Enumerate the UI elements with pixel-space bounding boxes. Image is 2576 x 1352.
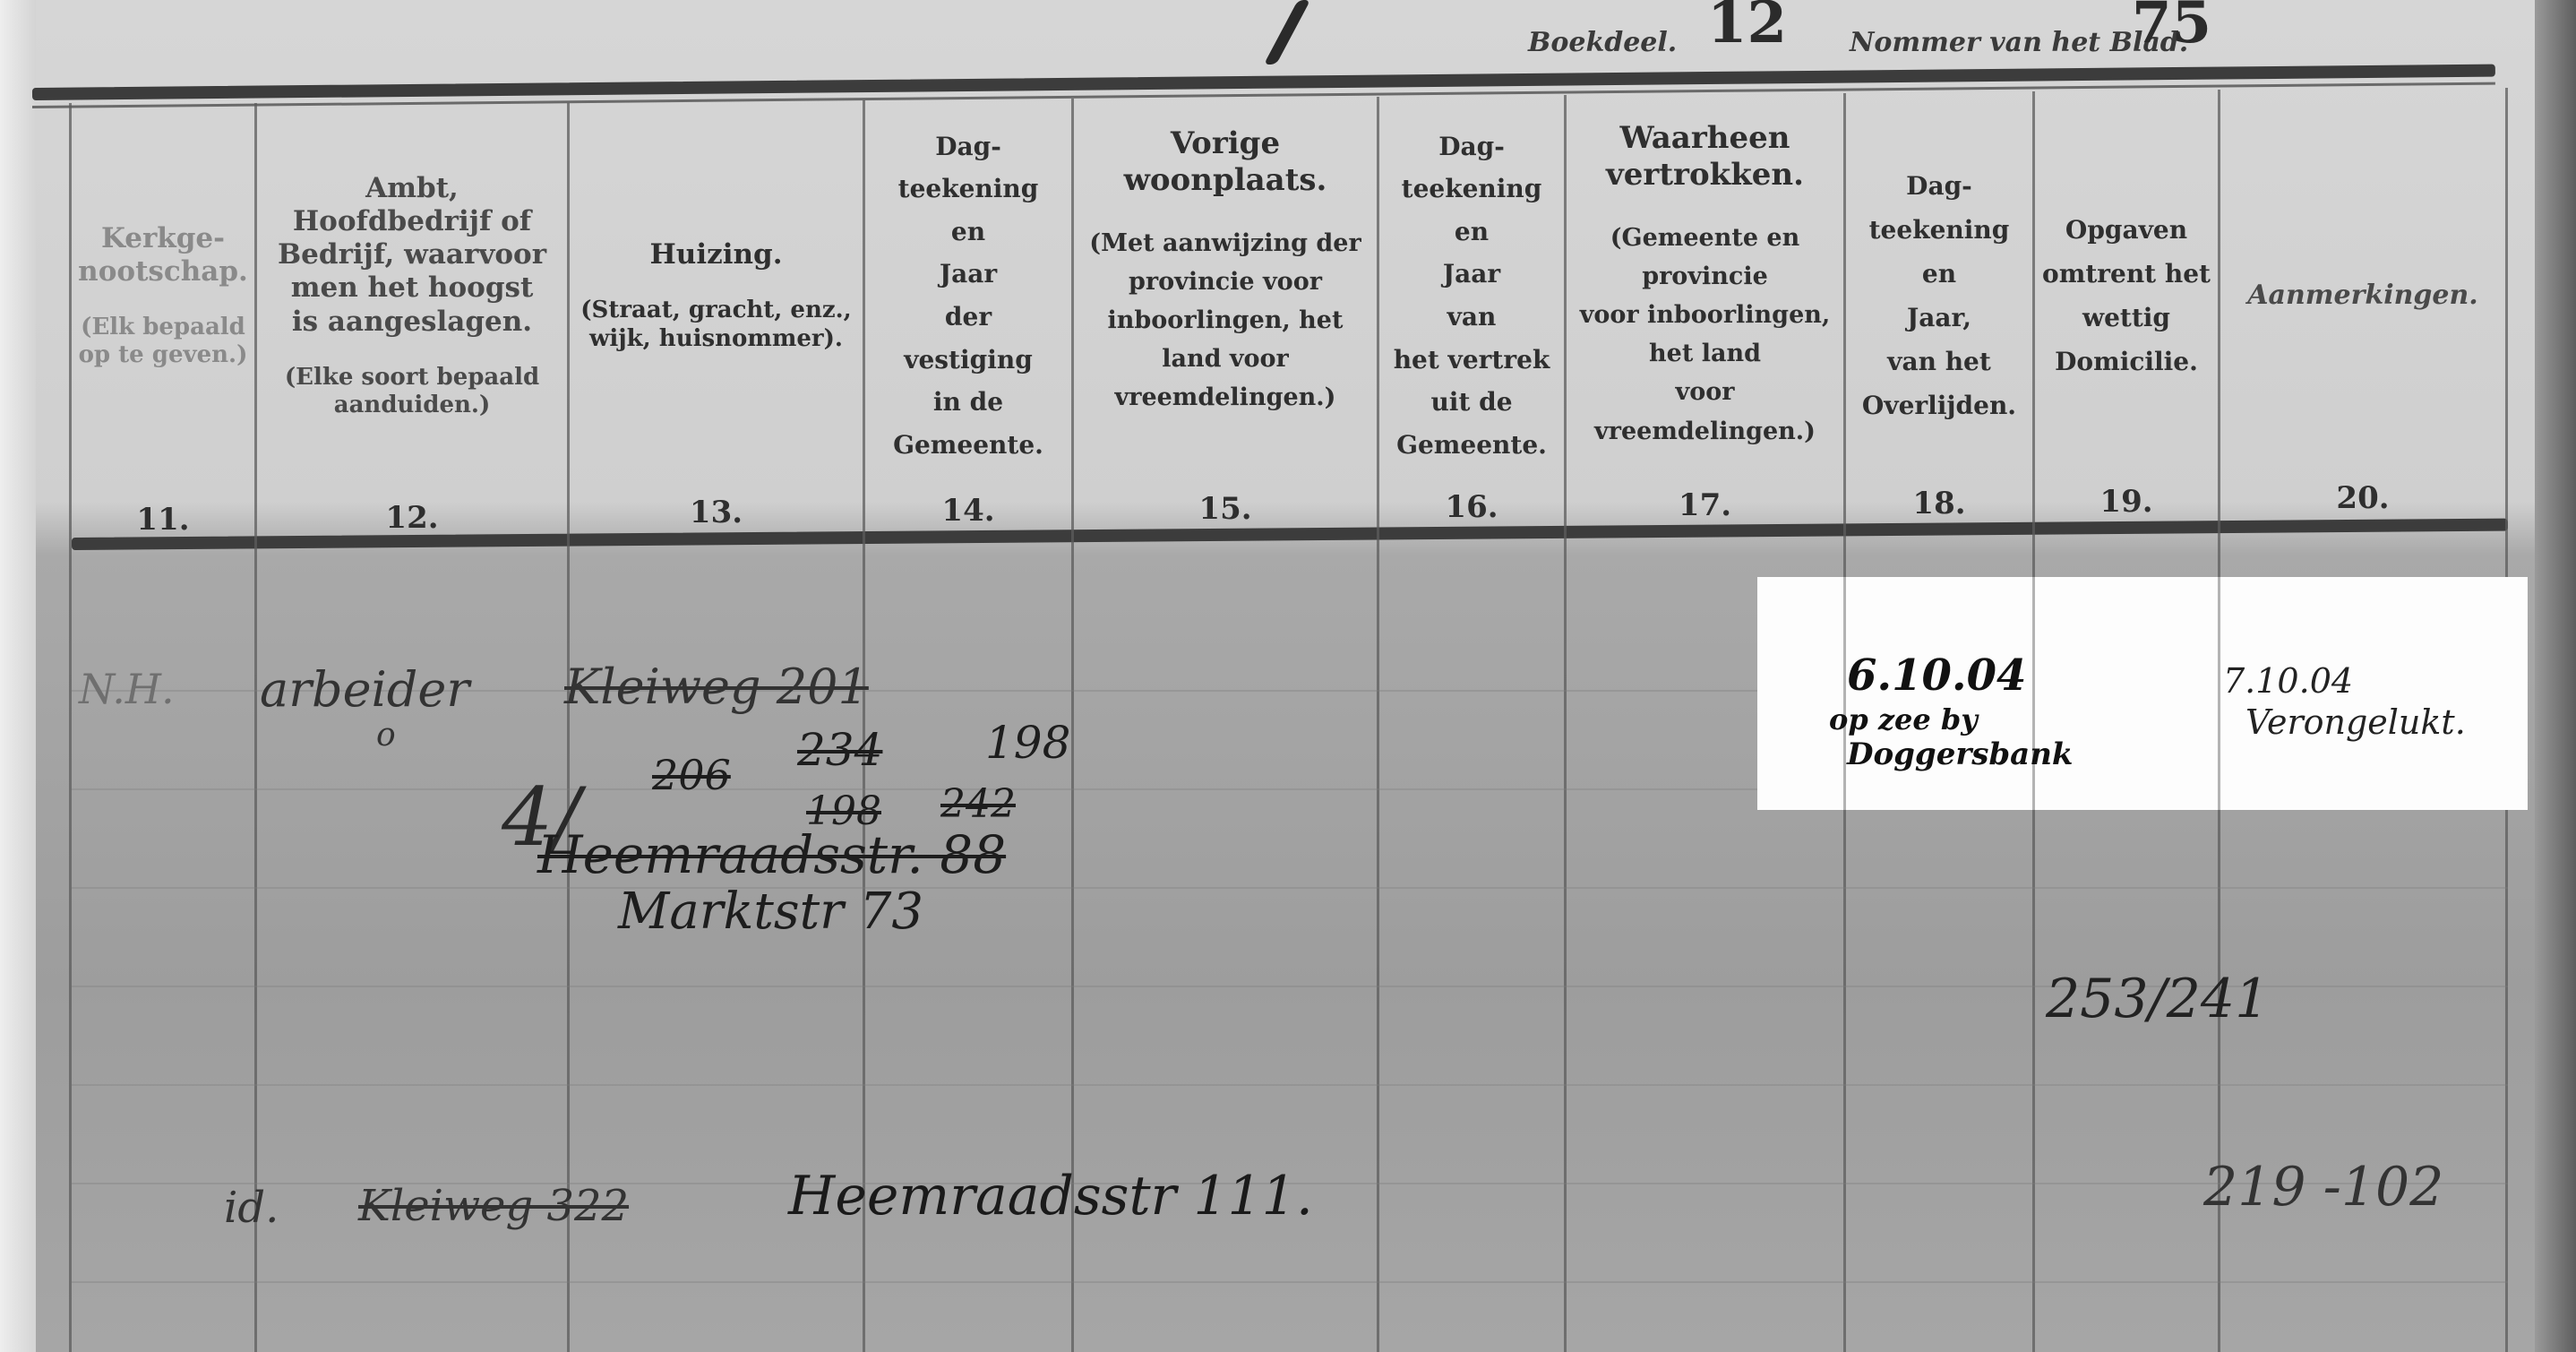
entry-2-huizing-struck: Kleiweg 322	[358, 1181, 629, 1231]
column-title: Aanmerkingen.	[2247, 280, 2477, 312]
entry-1-huizing-struck-2a: 206	[652, 751, 731, 799]
column-title: Dag- teekening en Jaar van het vertrek u…	[1394, 125, 1550, 467]
entry-1-huizing-struck-1: Kleiweg 201	[564, 659, 869, 715]
overlijden-note-2: Doggersbank	[1847, 736, 2073, 772]
entry-2-huizing-current: Heemraadsstr 111.	[788, 1165, 1313, 1227]
column-title: Waarheen vertrokken.	[1606, 120, 1804, 194]
aanmerking-date: 7.10.04	[2223, 661, 2353, 701]
column-title: Dag- teekening en Jaar, van het Overlijd…	[1862, 164, 2016, 427]
column-title: Opgaven omtrent het wettig Domicilie.	[2042, 208, 2211, 383]
blad-value: 75	[2132, 0, 2211, 56]
margin-note-2: 219 -102	[2203, 1156, 2443, 1219]
column-number-20: 20.	[2220, 480, 2505, 516]
column-number-16: 16.	[1379, 489, 1564, 525]
row-ruling	[72, 887, 2508, 889]
entry-1-kerkgenootschap: N.H.	[79, 665, 175, 713]
column-number-18: 18.	[1846, 486, 2032, 521]
column-header-14: Dag- teekening en Jaar der vestiging in …	[865, 108, 1071, 484]
column-header-20: Aanmerkingen.	[2220, 108, 2505, 484]
row-ruling	[72, 1281, 2508, 1283]
column-title: Kerkge- nootschap.	[78, 222, 248, 288]
overlijden-date: 6.10.04	[1847, 650, 2026, 701]
column-header-19: Opgaven omtrent het wettig Domicilie.	[2035, 108, 2218, 484]
column-subtitle: (Gemeente en provincie voor inboorlingen…	[1567, 219, 1843, 451]
entry-1-huizing-struck-2b: 234	[797, 724, 882, 776]
column-subtitle: (Met aanwijzing der provincie voor inboo…	[1089, 224, 1361, 418]
aanmerking-note: Verongelukt.	[2245, 702, 2466, 742]
margin-note-1: 253/241	[2046, 968, 2269, 1030]
column-header-17: Waarheen vertrokken. (Gemeente en provin…	[1567, 108, 1843, 496]
column-number-19: 19.	[2035, 484, 2218, 520]
column-number-15: 15.	[1074, 491, 1377, 527]
column-divider	[2218, 577, 2220, 810]
register-page: Boekdeel. 12 Nommer van het Blad. 75 Ker…	[0, 0, 2576, 1352]
column-header-11: Kerkge- nootschap. (Elk bepaald op te ge…	[72, 108, 254, 484]
pen-stroke-mark	[1264, 0, 1310, 65]
column-title: Dag- teekening en Jaar der vestiging in …	[893, 125, 1043, 467]
entry-1-huizing-current: Marktstr 73	[618, 883, 923, 941]
entry-1-huizing-struck-3b: 242	[940, 781, 1016, 827]
column-number-17: 17.	[1567, 487, 1843, 523]
column-number-13: 13.	[570, 495, 863, 530]
column-subtitle: (Straat, gracht, enz., wijk, huisnommer)…	[580, 297, 851, 352]
column-number-12: 12.	[257, 500, 567, 536]
entry-1-beroep-mark: o	[376, 717, 396, 754]
column-title: Vorige woonplaats.	[1124, 125, 1327, 199]
column-header-12: Ambt, Hoofdbedrijf of Bedrijf, waarvoor …	[257, 108, 567, 484]
column-subtitle: (Elk bepaald op te geven.)	[79, 314, 248, 369]
boekdeel-label: Boekdeel.	[1528, 27, 1677, 58]
column-number-11: 11.	[72, 502, 254, 538]
column-divider	[2032, 577, 2035, 810]
column-divider	[1843, 577, 1846, 810]
entry-1-beroep: arbeider	[260, 661, 469, 718]
page-left-margin	[0, 0, 36, 1352]
overlijden-inset: 6.10.04 op zee by Doggersbank 7.10.04 Ve…	[1757, 577, 2528, 810]
column-title: Huizing.	[650, 238, 783, 271]
entry-2-beroep: id.	[224, 1183, 279, 1233]
column-number-14: 14.	[865, 493, 1071, 529]
column-header-18: Dag- teekening en Jaar, van het Overlijd…	[1846, 108, 2032, 484]
entry-1-huizing-struck-4: Heemraadsstr. 88	[537, 824, 1006, 885]
row-ruling	[72, 1084, 2508, 1086]
boekdeel-value: 12	[1707, 0, 1787, 56]
entry-1-huizing-2c: 198	[985, 717, 1070, 769]
column-title: Ambt, Hoofdbedrijf of Bedrijf, waarvoor …	[278, 172, 546, 339]
column-header-13: Huizing. (Straat, gracht, enz., wijk, hu…	[570, 108, 863, 484]
column-subtitle: (Elke soort bepaald aanduiden.)	[285, 364, 539, 419]
overlijden-note-1: op zee by	[1829, 702, 1978, 736]
page-binding-shadow	[2535, 0, 2576, 1352]
column-header-15: Vorige woonplaats. (Met aanwijzing der p…	[1074, 108, 1377, 502]
column-header-16: Dag- teekening en Jaar van het vertrek u…	[1379, 108, 1564, 484]
